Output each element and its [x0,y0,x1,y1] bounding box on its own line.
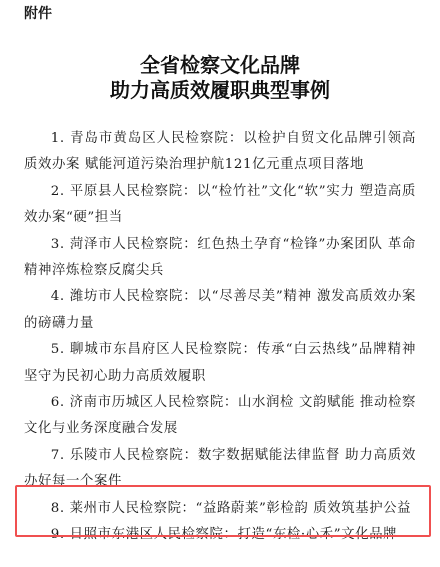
case-item-7: 7. 乐陵市人民检察院：数字数据赋能法律监督 助力高质效办好每一个案件 [24,443,416,496]
case-item-4: 4. 潍坊市人民检察院：以“尽善尽美”精神 激发高质效办案的磅礴力量 [24,284,416,337]
case-item-6: 6. 济南市历城区人民检察院：山水润检 文韵赋能 推动检察文化与业务深度融合发展 [24,390,416,443]
case-item-2: 2. 平原县人民检察院：以“检竹社”文化“软”实力 塑造高质效办案“硬”担当 [24,179,416,232]
case-item-8-highlighted: 8. 莱州市人民检察院：“益路蔚莱”彰检韵 质效筑基护公益 [24,496,416,522]
title-line-2: 助力高质效履职典型事例 [0,74,440,103]
attachment-label: 附件 [24,3,52,23]
case-list: 1. 青岛市黄岛区人民检察院：以检护自贸文化品牌引领高质效办案 赋能河道污染治理… [24,126,416,549]
case-item-9: 9. 日照市东港区人民检察院：打造“东检·心禾”文化品牌 [24,522,416,548]
case-item-5: 5. 聊城市东昌府区人民检察院：传承“白云热线”品牌精神坚守为民初心助力高质效履… [24,337,416,390]
case-item-3: 3. 菏泽市人民检察院：红色热土孕育“检锋”办案团队 革命精神淬炼检察反腐尖兵 [24,232,416,285]
case-item-1: 1. 青岛市黄岛区人民检察院：以检护自贸文化品牌引领高质效办案 赋能河道污染治理… [24,126,416,179]
